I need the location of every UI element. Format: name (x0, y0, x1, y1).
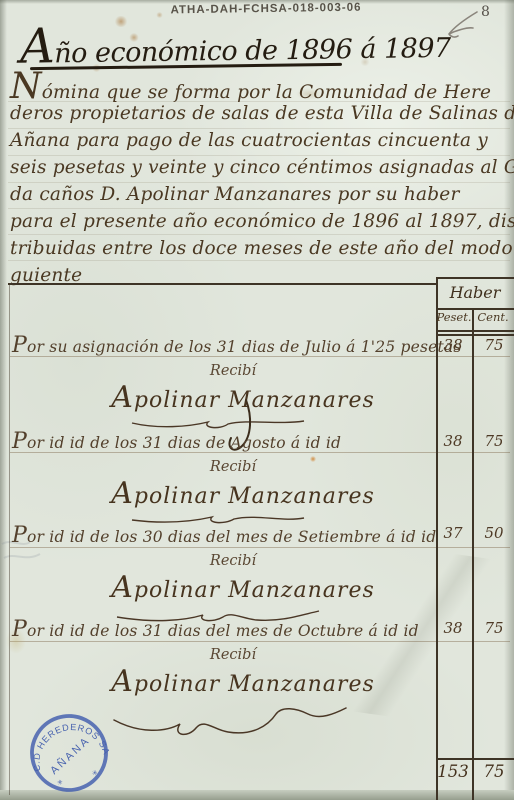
column-header-pesetas: Peset. (436, 310, 472, 324)
amount-pesetas: 37 (436, 524, 470, 542)
amount-cents: 75 (476, 336, 512, 354)
signature: Apolinar Manzanares (12, 380, 424, 415)
receipt-note: Recibí (12, 363, 424, 379)
body-line: para el presente año económico de 1896 a… (10, 209, 512, 236)
entry-description: Por id id de los 31 dias del mes de Octu… (12, 617, 424, 642)
body-paragraph: Nómina que se forma por la Comunidad de … (10, 74, 512, 290)
table-border-top (8, 283, 436, 285)
ledger-entry: Por su asignación de los 31 dias de Juli… (12, 333, 424, 429)
signature-flourish-icon (128, 417, 308, 429)
total-pesetas: 153 (436, 762, 470, 781)
body-line: Nómina que se forma por la Comunidad de … (10, 74, 512, 101)
receipt-note: Recibí (12, 553, 424, 569)
amount-cents: 75 (476, 432, 512, 450)
table-border-haber-top (436, 277, 514, 279)
entry-description: Por id id de los 30 dias del mes de Seti… (12, 523, 424, 548)
ledger-entry: Por id id de los 31 dias de Agosto á id … (12, 429, 424, 525)
column-header-cents: Cent. (474, 310, 512, 324)
table-border-left (9, 283, 10, 795)
stamp-center-text: AÑANA (47, 733, 92, 777)
body-line: deros propietarios de salas de esta Vill… (10, 101, 512, 128)
amount-pesetas: 38 (436, 619, 470, 637)
body-line: Añana para pago de las cuatrocientas cin… (10, 128, 512, 155)
stamp-ornament: ✳ (56, 778, 64, 787)
entry-description: Por id id de los 31 dias de Agosto á id … (12, 429, 424, 454)
table-border-double-rule-1 (438, 330, 514, 332)
signature-flourish-icon (110, 700, 350, 738)
page-edge-left (0, 0, 7, 800)
receipt-note: Recibí (12, 459, 424, 475)
receipt-note: Recibí (12, 647, 424, 663)
ledger-entry: Por id id de los 30 dias del mes de Seti… (12, 523, 424, 623)
ledger-entry: Por id id de los 31 dias del mes de Octu… (12, 617, 424, 699)
body-line: da caños D. Apolinar Manzanares por su h… (10, 182, 512, 209)
signature: Apolinar Manzanares (12, 664, 424, 699)
body-line: seis pesetas y veinte y cinco céntimos a… (10, 155, 512, 182)
body-line: tribuidas entre los doce meses de este a… (10, 236, 512, 263)
manuscript-page: ATHA-DAH-FCHSA-018-003-06 8 Año económic… (0, 0, 514, 800)
amount-pesetas: 38 (436, 336, 470, 354)
signature: Apolinar Manzanares (12, 570, 424, 605)
total-cents: 75 (476, 762, 512, 781)
column-header-haber: Haber (436, 283, 514, 302)
signature: Apolinar Manzanares (12, 476, 424, 511)
archive-stamp: C.D HEREDEROS SALINAS AÑANA ✳ ✳ (15, 699, 123, 800)
entry-description: Por su asignación de los 31 dias de Juli… (12, 333, 424, 358)
table-border-total-rule (438, 758, 514, 760)
amount-cents: 75 (476, 619, 512, 637)
amount-cents: 50 (476, 524, 512, 542)
table-border-vertical-sub (472, 308, 474, 800)
amount-pesetas: 38 (436, 432, 470, 450)
